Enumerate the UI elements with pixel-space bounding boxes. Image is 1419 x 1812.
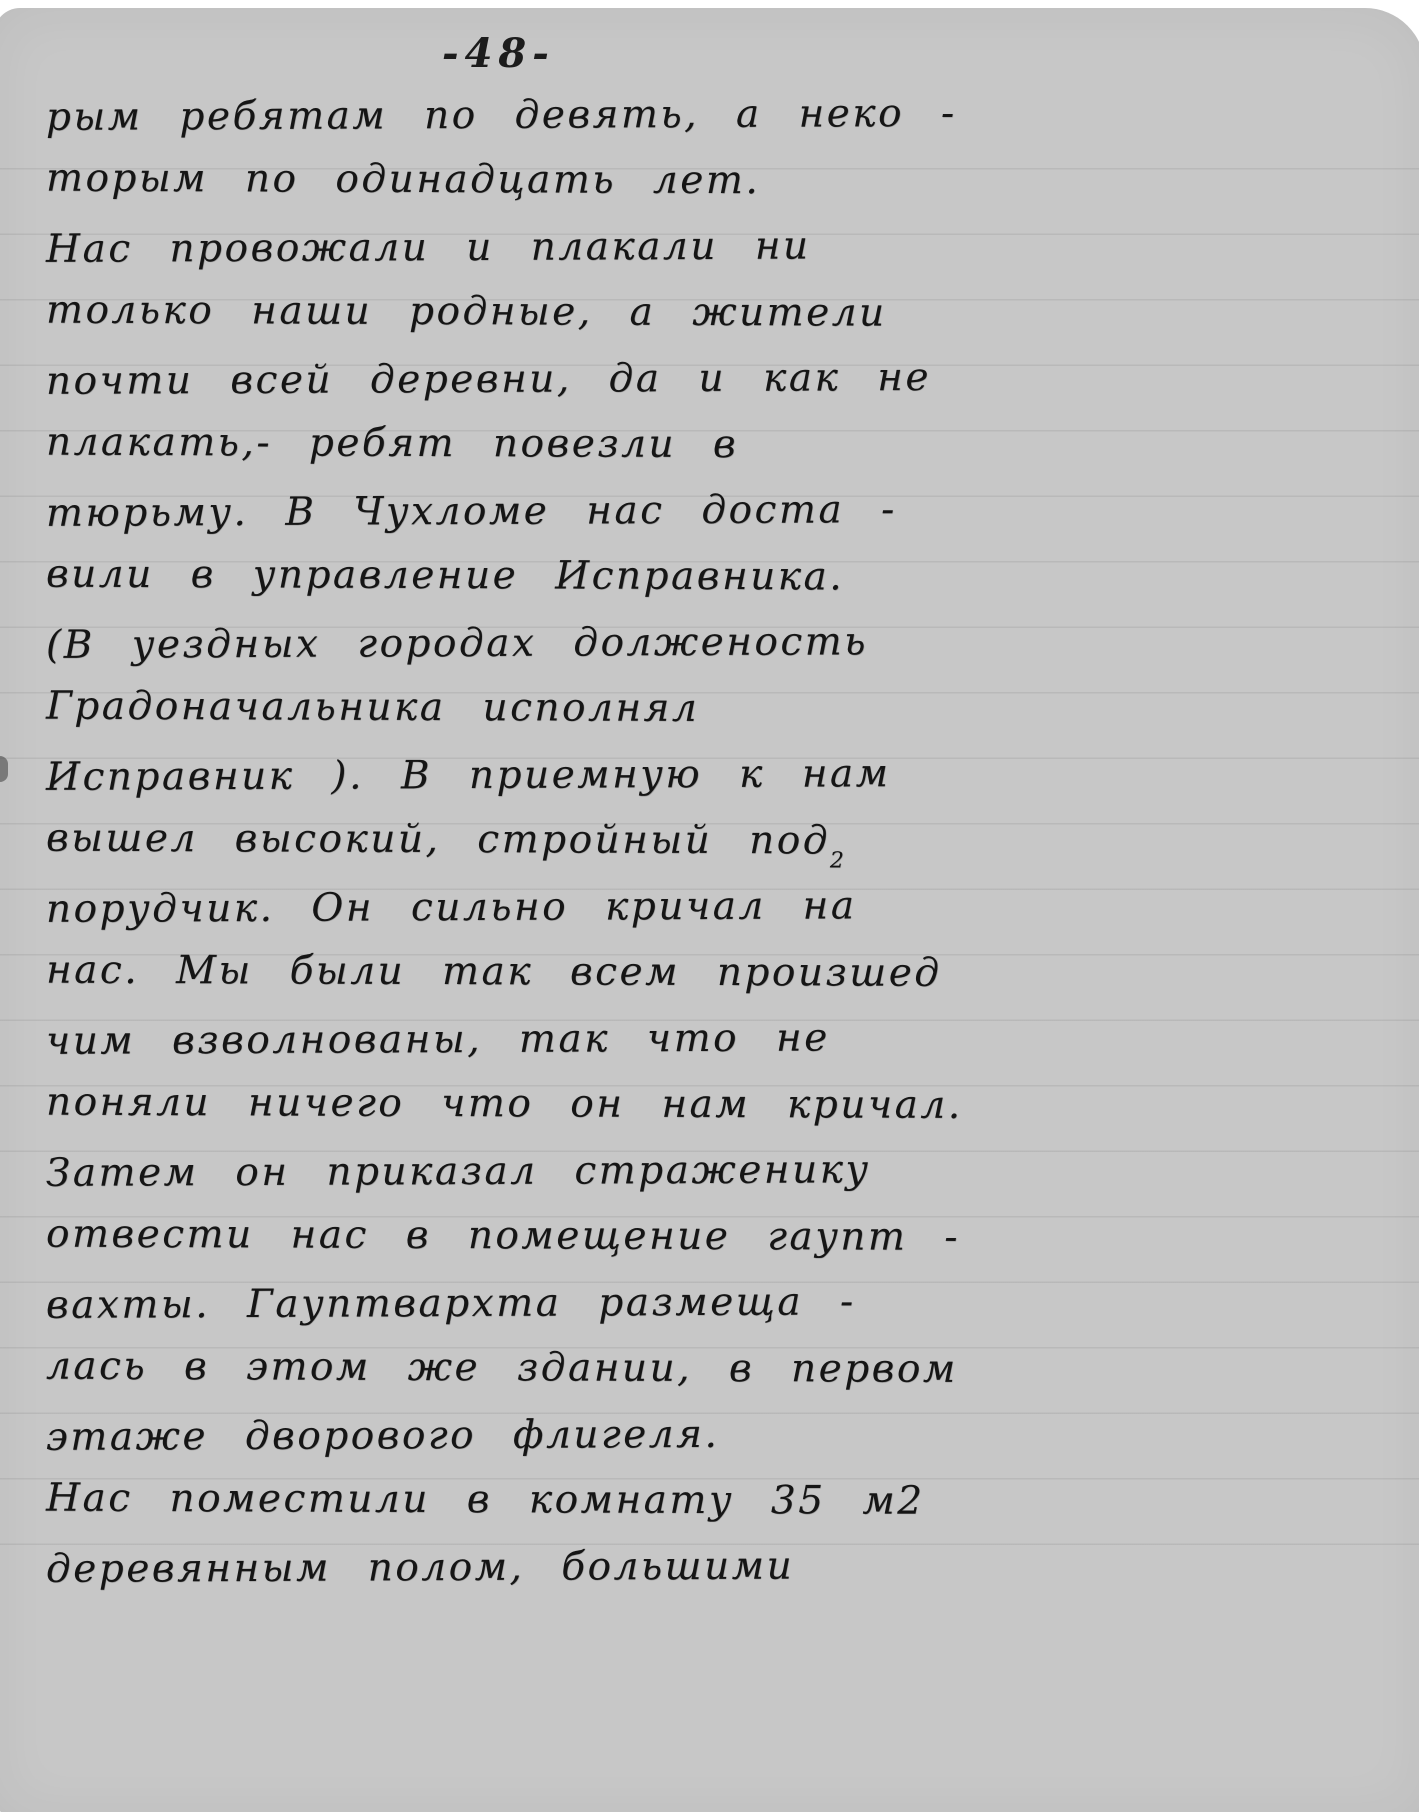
handwritten-line: Нас поместили в комнату 35 м2 xyxy=(46,1466,1376,1537)
handwritten-line: отвести нас в помещение гаупт - xyxy=(46,1202,1376,1273)
handwritten-line: вышел высокий, стройный под2 xyxy=(46,806,1376,877)
handwritten-line: Нас провожали и плакали ни xyxy=(46,211,1376,283)
handwritten-line: торым по одинадцать лет. xyxy=(46,146,1376,217)
handwritten-line: лась в этом же здании, в первом xyxy=(46,1334,1376,1405)
handwritten-line: нас. Мы были так всем произшед xyxy=(46,938,1376,1009)
ink-smudge xyxy=(0,756,8,782)
handwritten-line: (В уездных городах долженость xyxy=(46,607,1376,679)
handwritten-line: вахты. Гауптвархта размеща - xyxy=(46,1267,1376,1339)
handwritten-line-text: вышел высокий, стройный под xyxy=(46,816,830,864)
handwritten-line: этаже дворового флигеля. xyxy=(46,1399,1376,1471)
handwritten-line: Затем он приказал страженику xyxy=(46,1135,1376,1207)
handwritten-line: вили в управление Исправника. xyxy=(46,542,1376,613)
handwritten-line: почти всей деревни, да и как не xyxy=(46,343,1376,415)
handwritten-line: плакать,- ребят повезли в xyxy=(46,410,1376,481)
handwritten-line: порудчик. Он сильно кричал на xyxy=(46,871,1376,943)
handwritten-line: только наши родные, а жители xyxy=(46,278,1376,349)
page-number: -48- xyxy=(442,30,555,77)
handwritten-line: чим взволнованы, так что не xyxy=(46,1003,1376,1075)
handwritten-line: рым ребятам по девять, а неко - xyxy=(46,79,1376,151)
handwritten-line: Исправник ). В приемную к нам xyxy=(46,739,1376,811)
handwritten-line: Градоначальника исполнял xyxy=(46,674,1376,745)
handwritten-text-block: рым ребятам по девять, а неко - торым по… xyxy=(46,82,1376,1600)
correction-mark: 2 xyxy=(830,848,847,873)
handwritten-line: поняли ничего что он нам кричал. xyxy=(46,1070,1376,1141)
scanned-page-frame: -48- рым ребятам по девять, а неко - тор… xyxy=(0,0,1419,1812)
handwritten-line: деревянным полом, большими xyxy=(46,1531,1376,1603)
manuscript-paper: -48- рым ребятам по девять, а неко - тор… xyxy=(0,8,1419,1812)
handwritten-line: тюрьму. В Чухломе нас доста - xyxy=(46,475,1376,547)
